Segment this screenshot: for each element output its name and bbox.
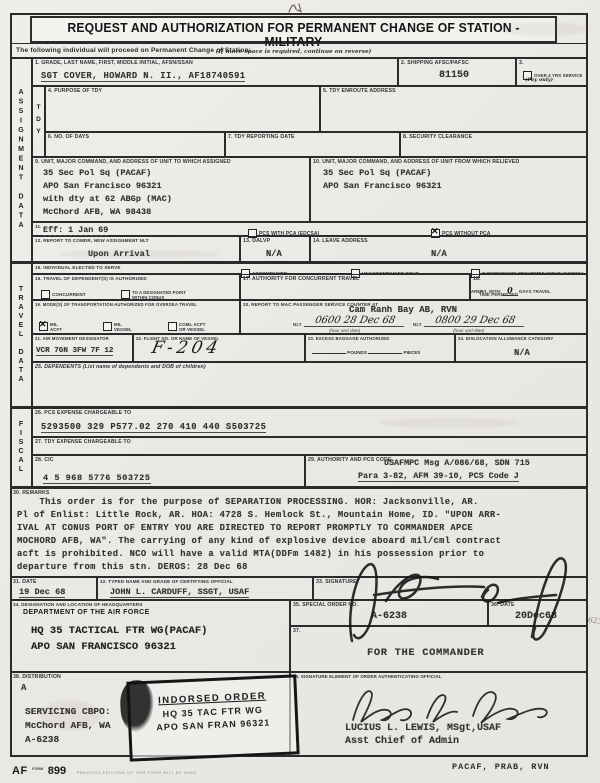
field-21-label: 21. AIR MOVEMENT DESIGNATOR: [35, 336, 109, 341]
field-31-label: 31. DATE: [13, 579, 37, 585]
field-29-authority-pcs-code: 29. AUTHORITY AND PCS CODE USAFMPC Msg A…: [305, 455, 588, 487]
scan-smudge: [40, 700, 100, 730]
field-28-cic: 28. CIC 4 5 968 5776 503725: [32, 455, 305, 487]
field-17-label: 17. AUTHORITY FOR CONCURRENT TRAVEL: [243, 276, 359, 282]
field-24-value: N/A: [514, 348, 530, 358]
field-4-label: 4. PURPOSE OF TDY: [48, 88, 102, 94]
field-13-dalvp: 13. DALVP N/A: [240, 236, 310, 262]
field-9-label: 9. UNIT, MAJOR COMMAND, AND ADDRESS OF U…: [35, 159, 231, 165]
concurrent-label: CONCURRENT: [52, 292, 86, 297]
sidebar-assignment-label: ASSIGNMENT DATA: [18, 89, 25, 232]
lead-bar: The following individual will proceed on…: [10, 43, 588, 58]
authenticating-official-signature: [345, 682, 560, 726]
field-12-report-to-comdr: 12. REPORT TO COMDR, NEW ASSIGNMENT NLT …: [32, 236, 240, 262]
field-34-value: HQ 35 TACTICAL FTR WG(PACAF) APO SAN FRA…: [31, 623, 207, 655]
indorsed-order-stamp: INDORSED ORDER HQ 35 TAC FTR WG APO SAN …: [126, 674, 299, 761]
field-21-value: VCR 7GN 3FW 7F 12: [36, 347, 113, 356]
field-34-headquarters: 34. DESIGNATION AND LOCATION OF HEADQUAR…: [10, 600, 290, 672]
margin-note: 623: [587, 615, 600, 626]
field-18-travel-time: 18. TVL WITH 0 DAYS TRAVEL TIME PERMITTE…: [470, 274, 588, 300]
field-29-label: 29. AUTHORITY AND PCS CODE: [308, 457, 392, 463]
field-34-line1: DEPARTMENT OF THE AIR FORCE: [23, 609, 150, 616]
mil-vessel-checkbox: [103, 322, 112, 331]
field-20-nlt2: NLT: [413, 322, 422, 327]
field-8-label: 8. SECURITY CLEARANCE: [403, 134, 472, 140]
field-27-tdy-expense: 27. TDY EXPENSE CHARGEABLE TO: [32, 437, 588, 455]
field-2-shipping-afsc: 2. SHIPPING AFSC/PAFSC 81150: [398, 58, 516, 86]
field-24-dislocation-allowance: 24. DISLOCATION ALLOWANCE CATEGORY N/A: [455, 334, 588, 362]
coml-acft-checkbox: [168, 322, 177, 331]
field-21-air-movement-designator: 21. AIR MOVEMENT DESIGNATOR VCR 7GN 3FW …: [32, 334, 133, 362]
mil-acft-checkbox: ✕: [39, 322, 48, 331]
field-20-caption1: (hour and date): [329, 328, 360, 333]
field-37-value: FOR THE COMMANDER: [367, 647, 484, 659]
field-32-value: JOHN L. CARDUFF, SSGT, USAF: [110, 587, 249, 598]
field-14-value: N/A: [431, 249, 447, 259]
field-39-label: 39. SIGNATURE ELEMENT OF ORDER AUTHENTIC…: [293, 674, 442, 679]
field-17-authority-concurrent-travel: 17. AUTHORITY FOR CONCURRENT TRAVEL: [240, 274, 470, 300]
field-12-label: 12. REPORT TO COMDR, NEW ASSIGNMENT NLT: [35, 238, 149, 243]
sidebar-fiscal: FISCAL: [10, 407, 32, 487]
field-4-purpose-of-tdy: 4. PURPOSE OF TDY: [45, 86, 320, 132]
footer-form-prefix: AF: [12, 765, 28, 777]
pieces-blank: [368, 353, 402, 354]
field-13-value: N/A: [266, 249, 282, 259]
field-32-label: 32. TYPED NAME AND GRADE OF CERTIFYING O…: [100, 579, 233, 584]
field-23-label: 23. EXCESS BAGGAGE AUTHORIZED: [308, 336, 390, 341]
sidebar-fiscal-label: FISCAL: [18, 421, 25, 475]
field-18-post2: TIME PERMITTED: [479, 292, 518, 297]
field-14-leave-address: 14. LEAVE ADDRESS N/A: [310, 236, 588, 262]
field-7-tdy-reporting-date: 7. TDY REPORTING DATE: [225, 132, 400, 157]
field-20-handwritten-2: 0800 29 Dec 68: [424, 315, 527, 327]
field-28-value: 4 5 968 5776 503725: [43, 473, 151, 484]
pounds-blank: [312, 353, 346, 354]
field-39-title: Asst Chief of Admin: [345, 736, 459, 747]
field-18-label: 18.: [473, 276, 481, 282]
field-1-value: SGT COVER, HOWARD N. II., AF18740591: [41, 71, 245, 82]
certifying-official-signature: [332, 545, 584, 645]
field-3-over-4yrs: 3. OVER 4 YRS SERVICE (Pay only): [516, 58, 588, 86]
field-34-label: 34. DESIGNATION AND LOCATION OF HEADQUAR…: [13, 602, 143, 607]
lead-text: The following individual will proceed on…: [11, 44, 587, 54]
field-32-typed-name: 32. TYPED NAME AND GRADE OF CERTIFYING O…: [97, 577, 313, 600]
field-24-label: 24. DISLOCATION ALLOWANCE CATEGORY: [458, 336, 578, 341]
scan-smudge: [60, 250, 220, 258]
field-29-line2: Para 3-82, AFM 39-10, PCS Code J: [358, 471, 519, 482]
field-28-label: 28. CIC: [35, 457, 54, 463]
field-11-label: 11.: [35, 224, 42, 229]
field-38-value: A: [21, 683, 26, 693]
field-6-label: 6. NO. OF DAYS: [48, 134, 89, 140]
field-9-unit-assigned: 9. UNIT, MAJOR COMMAND, AND ADDRESS OF U…: [32, 157, 310, 222]
pieces-label: PIECES: [404, 350, 421, 355]
field-37-label: 37.: [293, 628, 301, 634]
tdy-sidebar: TDY: [32, 86, 45, 157]
scan-smudge: [380, 418, 520, 428]
sidebar-assignment-data: ASSIGNMENT DATA: [10, 58, 32, 262]
field-26-value: 5293500 329 P577.02 270 410 440 S503725: [41, 422, 266, 433]
footer-form-edition: FORM: [32, 767, 43, 771]
scan-smudge: [500, 22, 590, 36]
field-22-handwritten-value: F-204: [150, 338, 223, 358]
field-20-nlt1: NLT: [293, 322, 302, 327]
field-5-label: 5. TDY ENROUTE ADDRESS: [323, 88, 396, 94]
field-10-value: 35 Sec Pol Sq (PACAF) APO San Francisco …: [323, 167, 442, 193]
field-20-mac-counter: 20. REPORT TO MAC PASSENGER SERVICE COUN…: [240, 300, 588, 334]
field-19-mode-of-transportation: 19. MODE(S) OF TRANSPORTATION AUTHORIZED…: [32, 300, 240, 334]
field-23-excess-baggage: 23. EXCESS BAGGAGE AUTHORIZED POUNDS PIE…: [305, 334, 455, 362]
field-15-label: 15. INDIVIDUAL ELECTED TO SERVE: [35, 265, 121, 270]
field-10-label: 10. UNIT, MAJOR COMMAND, AND ADDRESS OF …: [313, 159, 519, 165]
field-16-travel-of-dependents: 16. TRAVEL OF DEPENDENT(S) IS AUTHORIZED…: [32, 274, 240, 300]
tdy-sidebar-label: TDY: [35, 104, 42, 140]
field-10-unit-relieved: 10. UNIT, MAJOR COMMAND, AND ADDRESS OF …: [310, 157, 588, 222]
scanned-pcs-order-form: REQUEST AND AUTHORIZATION FOR PERMANENT …: [0, 0, 600, 783]
field-2-value: 81150: [439, 70, 469, 81]
field-6-no-of-days: 6. NO. OF DAYS: [45, 132, 225, 157]
field-2-label: 2. SHIPPING AFSC/PAFSC: [401, 60, 469, 66]
mil-acft-label: MIL ACFT: [50, 322, 62, 332]
field-25-dependents: 25. DEPENDENTS (List name of dependents …: [32, 362, 588, 407]
field-1-grade-name: 1. GRADE, LAST NAME, FIRST, MIDDLE INITI…: [32, 58, 398, 86]
field-22-flight-no: 22. FLIGHT NO. OR NAME OF VESSEL F-204: [133, 334, 305, 362]
field-9-value: 35 Sec Pol Sq (PACAF) APO San Francisco …: [43, 167, 172, 219]
field-29-line1: USAFMPC Msg A/086/68, SDN 715: [384, 458, 530, 468]
form-footer: AF FORM 899 PREVIOUS EDITIONS OF THIS FO…: [12, 761, 588, 777]
field-3-note: (Pay only): [525, 77, 553, 83]
field-14-label: 14. LEAVE ADDRESS: [313, 238, 368, 244]
field-31-date: 31. DATE 19 Dec 68: [10, 577, 97, 600]
field-5-tdy-enroute-address: 5. TDY ENROUTE ADDRESS: [320, 86, 588, 132]
field-20-value: Cam Ranh Bay AB, RVN: [349, 305, 457, 315]
field-25-label: 25. DEPENDENTS (List name of dependents …: [35, 364, 206, 370]
field-31-value: 19 Dec 68: [19, 587, 65, 598]
footer-form-number: 899: [48, 765, 66, 777]
field-7-label: 7. TDY REPORTING DATE: [228, 134, 295, 140]
field-26-label: 26. PCS EXPENSE CHARGEABLE TO: [35, 410, 131, 416]
concurrent-checkbox: [41, 290, 50, 299]
designated-point-checkbox: [121, 290, 130, 299]
field-8-security-clearance: 8. SECURITY CLEARANCE: [400, 132, 588, 157]
field-16-label: 16. TRAVEL OF DEPENDENT(S) IS AUTHORIZED: [35, 276, 147, 281]
field-13-label: 13. DALVP: [243, 238, 270, 244]
footer-right: PACAF, PRAB, RVN: [452, 762, 550, 772]
coml-acft-label: COML ACFT OR VESSEL: [179, 322, 206, 332]
footer-note: PREVIOUS EDITIONS OF THIS FORM WILL BE U…: [77, 771, 197, 775]
form-title-box: REQUEST AND AUTHORIZATION FOR PERMANENT …: [30, 16, 557, 43]
field-11-value: Eff: 1 Jan 69: [43, 225, 108, 236]
field-11-effective-date: 11. Eff: 1 Jan 69 PCS WITH PCA (EDCSA) ✕…: [32, 222, 588, 236]
pounds-label: POUNDS: [347, 350, 367, 355]
sidebar-travel-data: TRAVEL DATA: [10, 262, 32, 407]
field-15-elected-to-serve: 15. INDIVIDUAL ELECTED TO SERVE ACCOMPAN…: [32, 262, 588, 274]
ink-blotch: [119, 680, 155, 733]
field-19-label: 19. MODE(S) OF TRANSPORTATION AUTHORIZED…: [35, 302, 225, 307]
field-20-caption2: (hour and date): [453, 328, 484, 333]
designated-point-label: TO A DESIGNATED POINT WITHIN CONUS: [132, 290, 186, 300]
field-27-label: 27. TDY EXPENSE CHARGEABLE TO: [35, 439, 131, 445]
field-20-handwritten-1: 0600 28 Dec 68: [304, 315, 407, 327]
mil-vessel-label: MIL VESSEL: [114, 322, 132, 332]
field-3-label: 3.: [519, 60, 524, 66]
field-1-label: 1. GRADE, LAST NAME, FIRST, MIDDLE INITI…: [35, 60, 193, 66]
field-18-post: DAYS TRAVEL: [519, 289, 551, 294]
field-38-label: 38. DISTRIBUTION: [13, 674, 61, 680]
sidebar-travel-label: TRAVEL DATA: [18, 286, 25, 385]
